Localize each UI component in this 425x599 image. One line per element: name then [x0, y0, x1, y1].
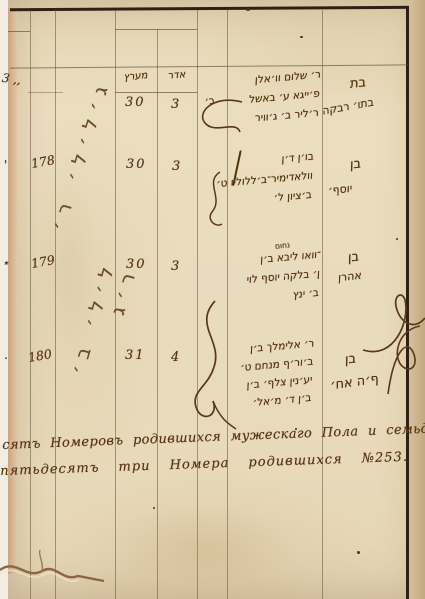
margin-mark: .: [4, 348, 8, 362]
ink-speck: [300, 36, 303, 38]
ink-speck: [357, 551, 360, 554]
page-left-edge: [8, 8, 17, 574]
gender-word: בן: [350, 156, 362, 172]
scanned-register-page: מערץ אדר 3 ,, ' ٭ . 178 179 180 30 3 30 …: [8, 0, 425, 599]
gender-word: בן: [348, 249, 360, 265]
ink-flourish: [198, 168, 228, 230]
jewish-day: 3: [171, 259, 181, 274]
ink-flourish-tall: [183, 295, 237, 435]
margin-mark: ': [4, 158, 7, 172]
child-name: אהרן: [338, 269, 362, 285]
month-label-civil: מערץ: [116, 69, 157, 84]
paper-stain: [108, 505, 298, 590]
header-row-line: [10, 64, 408, 68]
top-border-line: [10, 6, 416, 11]
ink-speck: [153, 507, 155, 509]
child-name: יוסף׳: [328, 182, 353, 198]
month-label-jewish: אדר: [159, 68, 196, 82]
margin-mark: ٭: [3, 258, 8, 269]
ink-speck: [396, 238, 398, 240]
child-name: ף׳ה אח׳: [330, 372, 378, 394]
row-number: 180: [27, 346, 53, 365]
grid-line: [28, 92, 63, 93]
margin-mark: 3 ,,: [1, 71, 22, 88]
grid-line: [30, 10, 31, 599]
grid-line: [322, 10, 323, 599]
paper-stain: [38, 150, 98, 370]
jewish-day: 3: [171, 97, 181, 112]
ink-flourish: [378, 320, 425, 398]
jewish-day: 4: [171, 350, 181, 365]
civil-day: 30: [126, 157, 147, 172]
ink-flourish: [190, 90, 248, 142]
ink-speck: [246, 8, 250, 11]
child-name: בתו׳ רבקה: [322, 95, 374, 117]
gender-word: בת: [350, 75, 367, 92]
ink-speck: [295, 428, 297, 430]
civil-day: 30: [125, 95, 146, 110]
grid-line: [115, 92, 197, 93]
footer-note-line2: пятьдесятъ три Номера родившихся №253. Б…: [0, 449, 425, 479]
tear-mark: [0, 548, 105, 596]
jewish-day: 3: [172, 159, 182, 174]
civil-day: 31: [125, 348, 146, 363]
grid-line: [115, 29, 197, 30]
grid-line: [8, 31, 30, 32]
